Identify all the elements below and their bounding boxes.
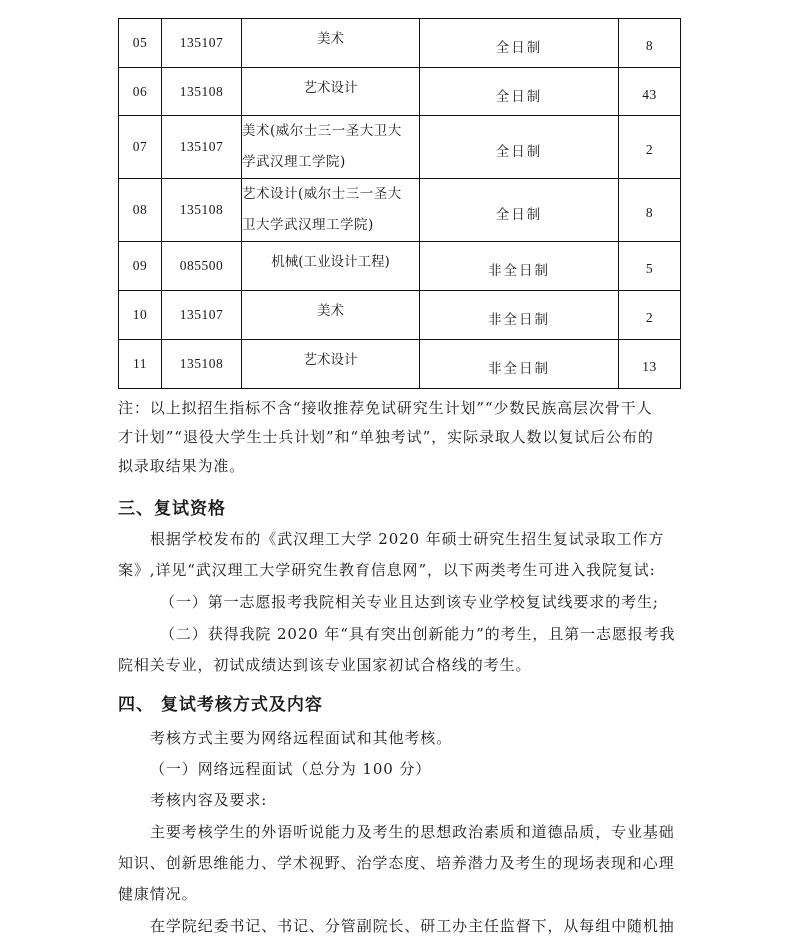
count-cell: 8 (619, 179, 681, 242)
study-mode: 非全日制 (488, 361, 550, 377)
table-row: 05135107美术全日制8 (119, 19, 681, 68)
count-cell: 2 (619, 116, 681, 179)
section3-para-line-2: 案》,详见“武汉理工大学研究生教育信息网”，以下两类考生可进入我院复试: (118, 560, 678, 580)
major-name-cell: 艺术设计 (242, 334, 420, 383)
study-mode: 全日制 (496, 89, 543, 105)
study-mode-cell: 非全日制 (420, 291, 619, 340)
table-row: 06135108艺术设计全日制43 (119, 68, 681, 116)
study-mode-cell: 全日制 (420, 68, 619, 116)
note-line-2: 才计划”“退役大学生士兵计划”和“单独考试”，实际录取人数以复试后公布的 (118, 427, 678, 447)
code-cell: 135108 (162, 179, 242, 242)
major-name-cell: 美术 (242, 13, 420, 62)
table-row: 08135108艺术设计(威尔士三一圣大卫大学武汉理工学院)全日制8 (119, 179, 681, 242)
study-mode: 全日制 (496, 144, 543, 160)
study-mode-cell: 全日制 (420, 179, 619, 242)
code-cell: 085500 (162, 242, 242, 291)
major-name-line: 机械(工业设计工程) (242, 250, 419, 270)
study-mode-cell: 非全日制 (420, 242, 619, 291)
study-mode: 全日制 (496, 40, 543, 56)
section3-item-1: （一）第一志愿报考我院相关专业且达到该专业学校复试线要求的考生; (160, 592, 720, 612)
code-cell: 135107 (162, 291, 242, 340)
study-mode-cell: 全日制 (420, 116, 619, 179)
major-name-cell: 美术(威尔士三一圣大卫大学武汉理工学院) (242, 116, 420, 179)
section3-para-line-1: 根据学校发布的《武汉理工大学 2020 年硕士研究生招生复试录取工作方 (150, 529, 710, 549)
enrollment-count: 43 (642, 87, 657, 102)
major-name-line: 美术(威尔士三一圣大卫大 (242, 116, 419, 147)
seq-cell: 11 (119, 340, 162, 389)
major-name-cell: 艺术设计 (242, 62, 420, 110)
study-mode-cell: 非全日制 (420, 340, 619, 389)
seq-cell: 05 (119, 19, 162, 68)
table-row: 11135108艺术设计非全日制13 (119, 340, 681, 389)
section3-heading: 三、复试资格 (118, 494, 226, 519)
seq-cell: 08 (119, 179, 162, 242)
table-row: 10135107美术非全日制2 (119, 291, 681, 340)
section4-heading: 四、 复试考核方式及内容 (118, 690, 323, 715)
major-name-line: 艺术设计 (242, 348, 419, 368)
enrollment-count: 2 (646, 310, 653, 325)
major-name-line: 美术 (242, 299, 419, 319)
code-cell: 135108 (162, 340, 242, 389)
major-name-line: 美术 (242, 27, 419, 47)
count-cell: 5 (619, 242, 681, 291)
section4-para-line-2: 知识、创新思维能力、学术视野、治学态度、培养潜力及考生的现场表现和心理 (118, 853, 678, 873)
major-name-cell: 机械(工业设计工程) (242, 236, 420, 285)
code-cell: 135108 (162, 68, 242, 116)
enrollment-count: 2 (646, 142, 653, 157)
count-cell: 13 (619, 340, 681, 389)
code-cell: 135107 (162, 19, 242, 68)
study-mode: 全日制 (496, 207, 543, 223)
study-mode-cell: 全日制 (420, 19, 619, 68)
seq-cell: 09 (119, 242, 162, 291)
enrollment-count: 8 (646, 205, 653, 220)
enrollment-count: 5 (646, 261, 653, 276)
section3-item-2-line-1: （二）获得我院 2020 年“具有突出创新能力”的考生，且第一志愿报考我 (160, 624, 720, 644)
major-name-line: 艺术设计 (242, 76, 419, 96)
table-row: 07135107美术(威尔士三一圣大卫大学武汉理工学院)全日制2 (119, 116, 681, 179)
section4-line-2: （一）网络远程面试（总分为 100 分） (150, 759, 710, 779)
section4-line-1: 考核方式主要为网络远程面试和其他考核。 (150, 728, 710, 748)
note-line-3: 拟录取结果为准。 (118, 456, 678, 476)
section4-line-3: 考核内容及要求: (150, 790, 710, 810)
major-name-line: 学武汉理工学院) (242, 147, 419, 178)
enrollment-count: 13 (642, 359, 657, 374)
study-mode: 非全日制 (488, 312, 550, 328)
code-cell: 135107 (162, 116, 242, 179)
note-line-1: 注：以上拟招生指标不含“接收推荐免试研究生计划”“少数民族高层次骨干人 (118, 398, 678, 418)
study-mode: 非全日制 (488, 263, 550, 279)
enrollment-table: 05135107美术全日制806135108艺术设计全日制4307135107美… (118, 18, 681, 389)
seq-cell: 06 (119, 68, 162, 116)
section4-para-line-3: 健康情况。 (118, 884, 678, 904)
seq-cell: 10 (119, 291, 162, 340)
section3-item-2-line-2: 院相关专业，初试成绩达到该专业国家初试合格线的考生。 (118, 655, 678, 675)
major-name-line: 艺术设计(威尔士三一圣大 (242, 179, 419, 210)
seq-cell: 07 (119, 116, 162, 179)
table-row: 09085500机械(工业设计工程)非全日制5 (119, 242, 681, 291)
major-name-cell: 艺术设计(威尔士三一圣大卫大学武汉理工学院) (242, 179, 420, 242)
count-cell: 2 (619, 291, 681, 340)
section4-para-line-1: 主要考核学生的外语听说能力及考生的思想政治素质和道德品质，专业基础 (150, 822, 710, 842)
enrollment-count: 8 (646, 38, 653, 53)
major-name-cell: 美术 (242, 285, 420, 334)
count-cell: 43 (619, 68, 681, 116)
count-cell: 8 (619, 19, 681, 68)
section4-last-line: 在学院纪委书记、书记、分管副院长、研工办主任监督下，从每组中随机抽 (150, 916, 710, 936)
